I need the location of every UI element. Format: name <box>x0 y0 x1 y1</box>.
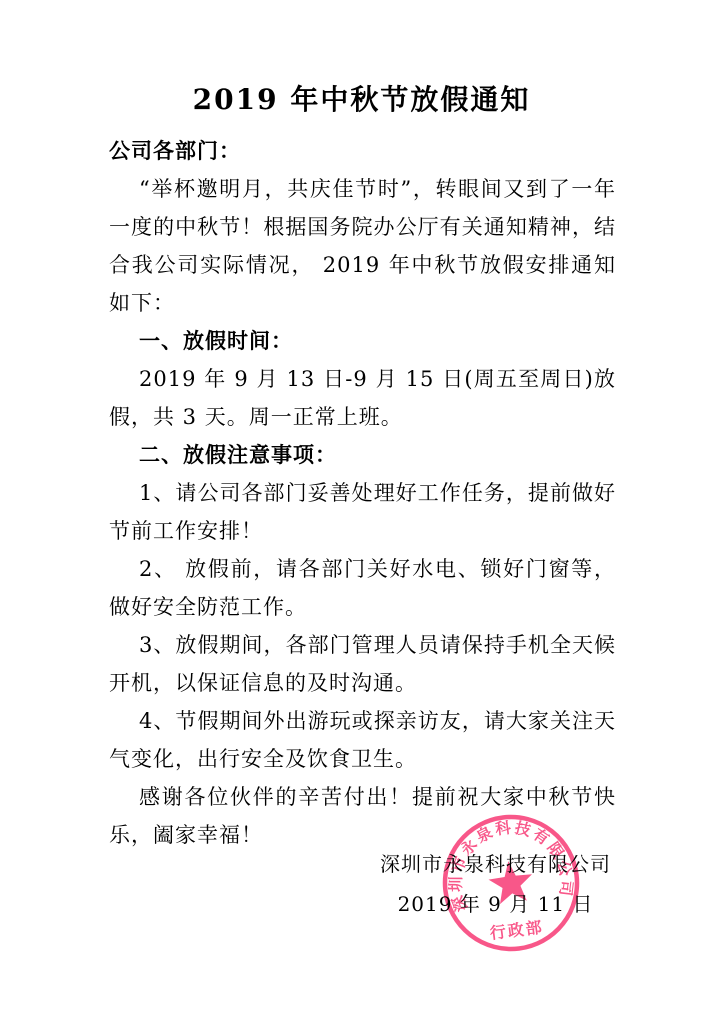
section-1-heading: 一、放假时间： <box>109 322 616 360</box>
seal-star <box>487 858 536 905</box>
notice-title: 2019 年中秋节放假通知 <box>0 0 723 118</box>
notice-item-1: 1、请公司各部门妥善处理好工作任务，提前做好节前工作安排！ <box>109 474 616 550</box>
salutation: 公司各部门： <box>109 132 616 170</box>
notice-item-4: 4、节假期间外出游玩或探亲访友，请大家关注天气变化，出行安全及饮食卫生。 <box>109 702 616 778</box>
notice-page: 2019 年中秋节放假通知 公司各部门： “举杯邀明月，共庆佳节时”，转眼间又到… <box>0 0 723 1024</box>
notice-item-2: 2、 放假前，请各部门关好水电、锁好门窗等，做好安全防范工作。 <box>109 550 616 626</box>
intro-paragraph: “举杯邀明月，共庆佳节时”，转眼间又到了一年一度的中秋节！根据国务院办公厅有关通… <box>109 170 616 322</box>
notice-body: 公司各部门： “举杯邀明月，共庆佳节时”，转眼间又到了一年一度的中秋节！根据国务… <box>109 132 616 854</box>
section-2-heading: 二、放假注意事项： <box>109 436 616 474</box>
notice-item-3: 3、放假期间，各部门管理人员请保持手机全天候开机，以保证信息的及时沟通。 <box>109 626 616 702</box>
section-1-body: 2019 年 9 月 13 日-9 月 15 日(周五至周日)放假，共 3 天。… <box>109 360 616 436</box>
seal-department-text: 行政部 <box>489 917 545 942</box>
company-seal: 深圳市永泉科技有限公司 行政部 <box>431 803 591 963</box>
